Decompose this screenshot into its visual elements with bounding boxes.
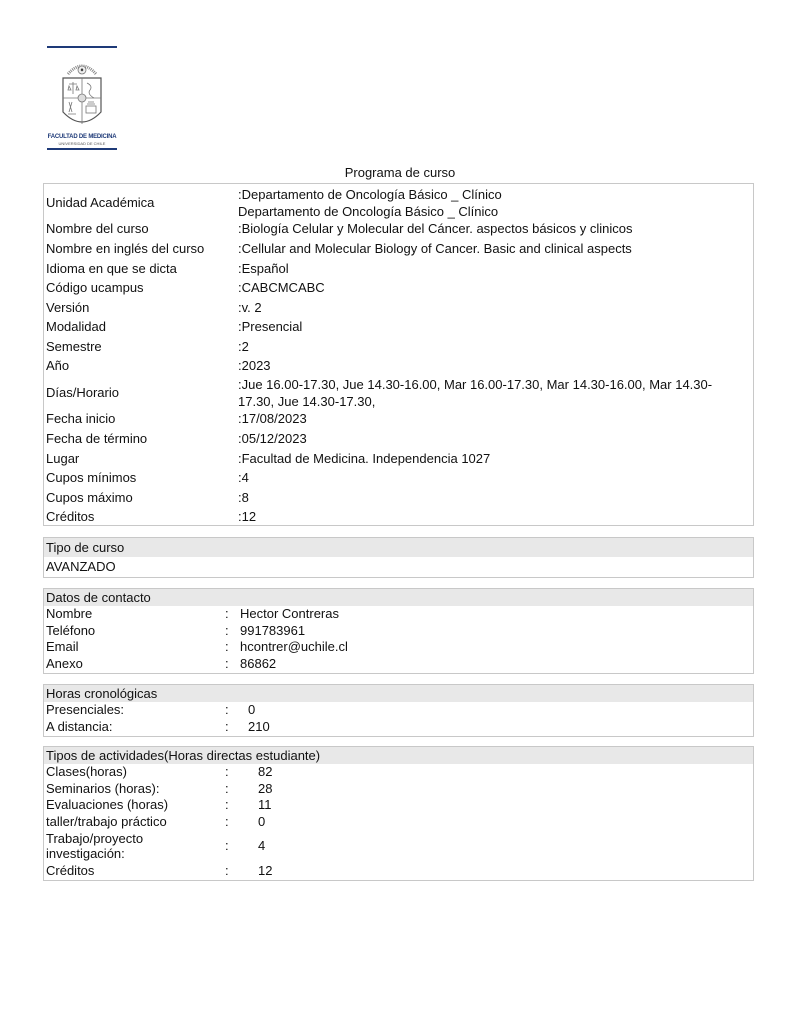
logo-university-name: UNIVERSIDAD DE CHILE — [47, 141, 117, 146]
row-value: 991783961 — [240, 623, 305, 640]
activity-row-proyecto: Trabajo/proyecto investigación: : 4 — [44, 830, 753, 863]
row-separator: : — [225, 606, 229, 623]
row-value: 86862 — [240, 656, 276, 673]
row-separator: : — [225, 797, 229, 814]
row-separator: : — [225, 838, 229, 855]
logo-faculty-name: FACULTAD DE MEDICINA — [47, 134, 117, 140]
row-value: Hector Contreras — [240, 606, 339, 623]
field-value: :Jue 16.00-17.30, Jue 14.30-16.00, Mar 1… — [238, 376, 748, 410]
field-value: :Departamento de Oncología Básico _ Clín… — [238, 186, 748, 220]
field-value: :CABCMCABC — [238, 279, 748, 296]
row-label: Presenciales: — [46, 702, 124, 719]
activities-box: Tipos de actividades(Horas directas estu… — [43, 746, 754, 881]
field-value: :Biología Celular y Molecular del Cáncer… — [238, 220, 748, 237]
row-label: Anexo — [46, 656, 83, 673]
row-separator: : — [225, 764, 229, 781]
course-type-value: AVANZADO — [44, 557, 753, 577]
email-link[interactable]: hcontrer@uchile.cl — [240, 639, 348, 656]
field-label: Fecha inicio — [46, 410, 115, 427]
row-label: Seminarios (horas): — [46, 781, 159, 798]
activity-row-clases: Clases(horas) : 82 — [44, 764, 753, 781]
section-header: Tipo de curso — [44, 538, 753, 557]
course-info-box: Unidad Académica :Departamento de Oncolo… — [43, 183, 754, 526]
field-label: Código ucampus — [46, 279, 144, 296]
row-label: A distancia: — [46, 719, 113, 736]
row-separator: : — [225, 639, 229, 656]
activity-row-creditos: Créditos : 12 — [44, 863, 753, 880]
field-value: :2023 — [238, 357, 748, 374]
row-separator: : — [225, 656, 229, 673]
row-value: 4 — [258, 838, 265, 855]
field-value: :12 — [238, 508, 748, 525]
contact-row-telefono: Teléfono : 991783961 — [44, 623, 753, 640]
university-crest-icon — [60, 56, 104, 134]
row-value: 0 — [258, 814, 265, 831]
contact-row-anexo: Anexo : 86862 — [44, 656, 753, 673]
section-header: Tipos de actividades(Horas directas estu… — [44, 747, 753, 764]
row-separator: : — [225, 702, 229, 719]
row-separator: : — [225, 623, 229, 640]
logo-top-rule — [47, 46, 117, 48]
field-value: :17/08/2023 — [238, 410, 748, 427]
row-label: Email — [46, 639, 79, 656]
field-label: Unidad Académica — [46, 194, 154, 211]
row-separator: : — [225, 863, 229, 880]
activity-row-evaluaciones: Evaluaciones (horas) : 11 — [44, 797, 753, 814]
contact-box: Datos de contacto Nombre : Hector Contre… — [43, 588, 754, 674]
row-value: 210 — [248, 719, 270, 736]
row-value: 12 — [258, 863, 272, 880]
field-label: Versión — [46, 299, 89, 316]
row-label: taller/trabajo práctico — [46, 814, 167, 831]
section-header: Horas cronológicas — [44, 685, 753, 702]
field-label: Idioma en que se dicta — [46, 260, 177, 277]
hours-row-presenciales: Presenciales: : 0 — [44, 702, 753, 719]
contact-row-nombre: Nombre : Hector Contreras — [44, 606, 753, 623]
row-label: Clases(horas) — [46, 764, 127, 781]
row-label: Créditos — [46, 863, 94, 880]
field-label: Nombre del curso — [46, 220, 149, 237]
row-label: Evaluaciones (horas) — [46, 797, 168, 814]
field-label: Lugar — [46, 450, 79, 467]
field-value: :8 — [238, 489, 748, 506]
field-value: :4 — [238, 469, 748, 486]
row-value: 11 — [258, 797, 272, 814]
field-value: :Presencial — [238, 318, 748, 335]
row-value: 28 — [258, 781, 272, 798]
row-label: Nombre — [46, 606, 92, 623]
hours-row-distancia: A distancia: : 210 — [44, 719, 753, 736]
row-value: 82 — [258, 764, 272, 781]
contact-row-email: Email : hcontrer@uchile.cl — [44, 639, 753, 656]
field-value: :2 — [238, 338, 748, 355]
field-value: :v. 2 — [238, 299, 748, 316]
row-separator: : — [225, 719, 229, 736]
logo-bottom-rule — [47, 148, 117, 150]
row-separator: : — [225, 781, 229, 798]
field-label: Fecha de término — [46, 430, 147, 447]
hours-box: Horas cronológicas Presenciales: : 0 A d… — [43, 684, 754, 737]
activity-row-seminarios: Seminarios (horas): : 28 — [44, 781, 753, 798]
course-type-box: Tipo de curso AVANZADO — [43, 537, 754, 578]
field-label: Días/Horario — [46, 384, 119, 401]
field-label: Año — [46, 357, 69, 374]
faculty-logo: FACULTAD DE MEDICINA UNIVERSIDAD DE CHIL… — [47, 46, 117, 151]
field-label: Nombre en inglés del curso — [46, 240, 204, 257]
document-title: Programa de curso — [0, 165, 800, 180]
section-header: Datos de contacto — [44, 589, 753, 606]
field-label: Créditos — [46, 508, 94, 525]
course-type-text: AVANZADO — [46, 557, 116, 577]
field-dias-horario: Días/Horario :Jue 16.00-17.30, Jue 14.30… — [46, 376, 751, 410]
row-separator: : — [225, 814, 229, 831]
field-value: :Facultad de Medicina. Independencia 102… — [238, 450, 748, 467]
field-label: Modalidad — [46, 318, 106, 335]
row-label: Teléfono — [46, 623, 95, 640]
field-label: Cupos máximo — [46, 489, 133, 506]
field-value: :05/12/2023 — [238, 430, 748, 447]
field-label: Cupos mínimos — [46, 469, 136, 486]
field-label: Semestre — [46, 338, 102, 355]
row-value: 0 — [248, 702, 255, 719]
field-unidad-academica: Unidad Académica :Departamento de Oncolo… — [46, 186, 751, 220]
activity-row-taller: taller/trabajo práctico : 0 — [44, 814, 753, 831]
field-value: :Cellular and Molecular Biology of Cance… — [238, 240, 748, 257]
field-value: :Español — [238, 260, 748, 277]
row-label: Trabajo/proyecto investigación: — [46, 831, 143, 861]
